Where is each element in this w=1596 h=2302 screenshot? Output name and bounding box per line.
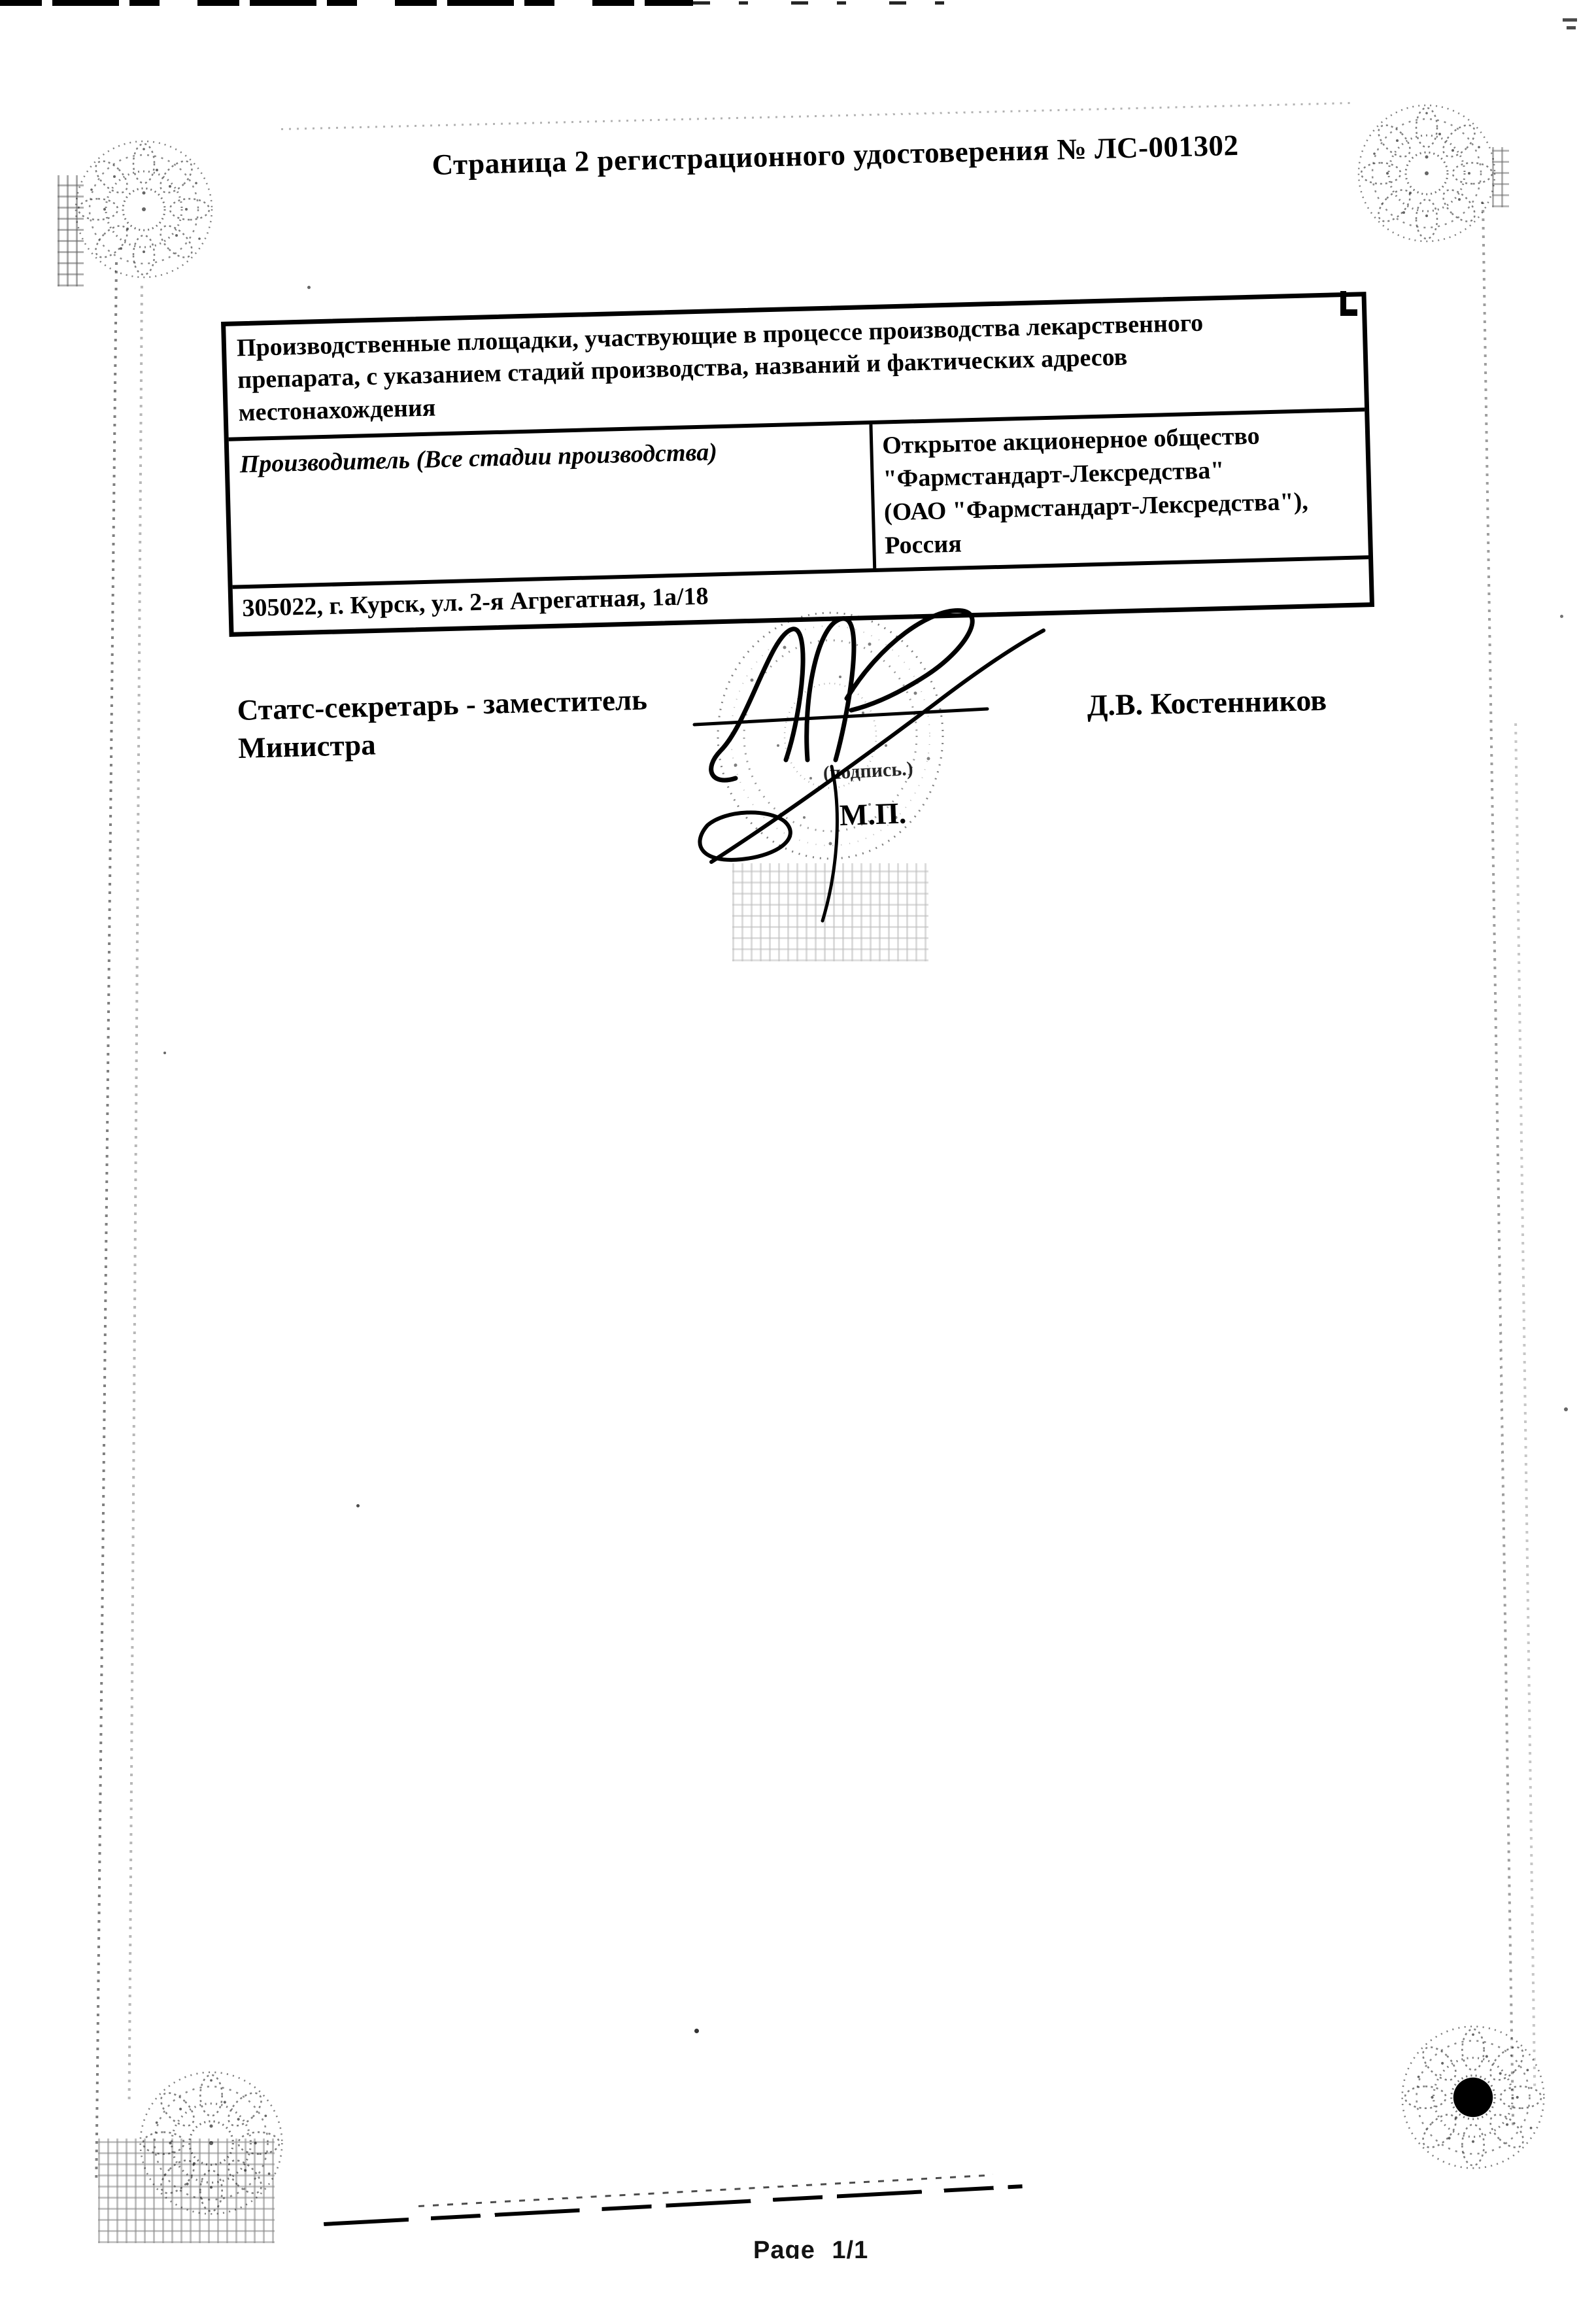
scan-speck bbox=[1564, 1407, 1568, 1411]
signer-position-title: Статс-секретарь - заместитель Министра bbox=[237, 679, 709, 767]
producer-label-cell: Производитель (Все стадии производства) bbox=[229, 424, 876, 585]
page-footer-label: Page 1/1 bbox=[753, 2237, 976, 2259]
frame-border-left-inner bbox=[128, 281, 143, 2099]
scan-artifact-top-edge-line-2 bbox=[693, 1, 974, 5]
frame-border-right bbox=[1482, 203, 1514, 2125]
production-sites-table: Производственные площадки, участвующие в… bbox=[221, 292, 1374, 636]
rosette-ornament-top-left-icon bbox=[65, 131, 222, 288]
scan-speck bbox=[1560, 615, 1563, 618]
rosette-ornament-top-right-icon bbox=[1348, 95, 1505, 252]
scan-speck bbox=[163, 1052, 166, 1054]
punch-hole-dot bbox=[1453, 2078, 1493, 2117]
page-title: Страница 2 регистрационного удостоверени… bbox=[432, 128, 1249, 182]
producer-value-cell: Открытое акционерное общество "Фармстанд… bbox=[872, 411, 1368, 568]
frame-border-left bbox=[95, 262, 118, 2178]
scan-artifact-top-edge-line bbox=[0, 0, 693, 6]
producer-row: Производитель (Все стадии производства) … bbox=[229, 411, 1368, 589]
frame-border-right-inner bbox=[1514, 719, 1536, 2086]
seal-place-abbr: М.П. bbox=[839, 795, 907, 833]
scan-artifact-top-right-mark bbox=[1563, 18, 1580, 34]
scan-speck bbox=[356, 1504, 360, 1507]
signature-caption: (подпись.) bbox=[823, 758, 913, 785]
frame-border-top bbox=[281, 102, 1353, 130]
scan-speck bbox=[307, 286, 311, 289]
scanned-certificate-page: Страница 2 регистрационного удостоверени… bbox=[0, 0, 1596, 2302]
signer-name: Д.В. Костенников bbox=[1087, 683, 1327, 723]
rosette-ornament-bottom-left-icon bbox=[129, 2061, 293, 2225]
rosette-ornament-bottom-right-icon bbox=[1391, 2016, 1555, 2179]
scan-speck bbox=[694, 2029, 699, 2033]
